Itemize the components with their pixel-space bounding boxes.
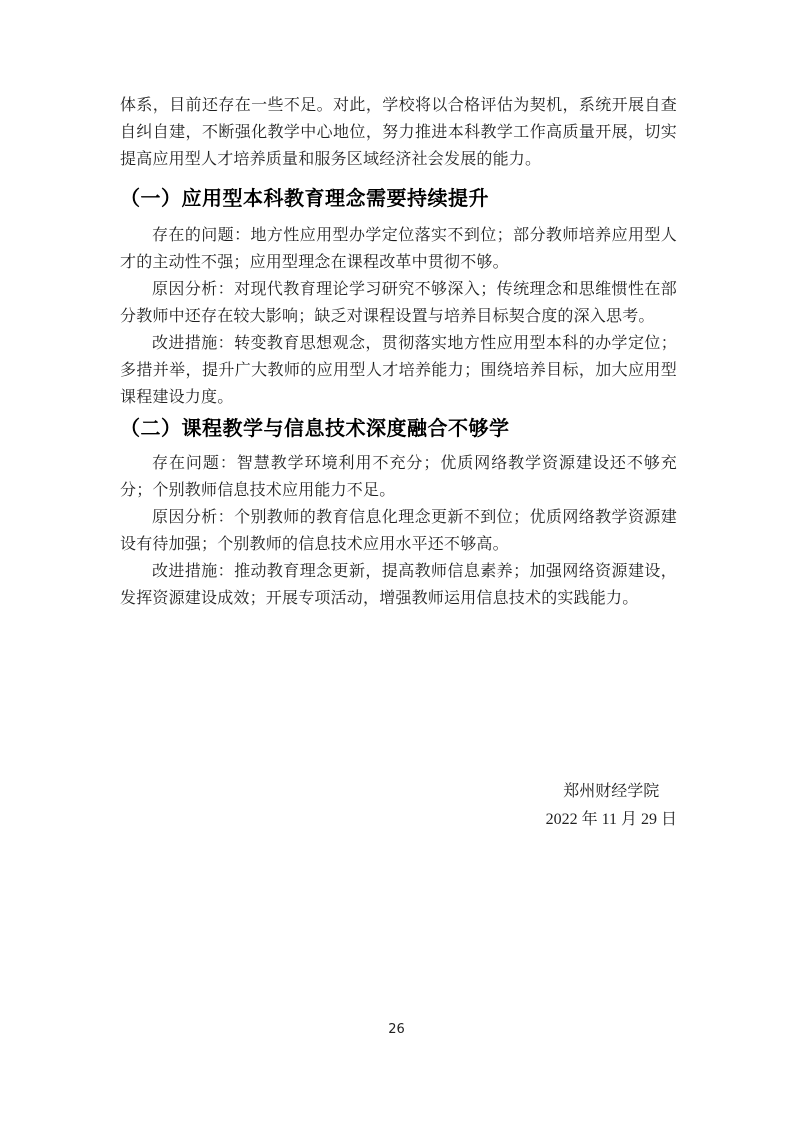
page-content: 体系，目前还存在一些不足。对此，学校将以合格评估为契机，系统开展自查自纠自建，不… xyxy=(120,92,677,834)
section-2-heading: （二）课程教学与信息技术深度融合不够学 xyxy=(120,416,677,443)
section-2-paragraph-measures: 改进措施：推动教育理念更新，提高教师信息素养；加强网络资源建设，发挥资源建设成效… xyxy=(120,558,677,612)
document-page: 体系，目前还存在一些不足。对此，学校将以合格评估为契机，系统开展自查自纠自建，不… xyxy=(0,0,793,1122)
section-2-paragraph-causes: 原因分析：个别教师的教育信息化理念更新不到位；优质网络教学资源建设有待加强；个别… xyxy=(120,504,677,558)
signature-block: 郑州财经学院 2022 年 11 月 29 日 xyxy=(120,778,677,834)
signature-inner: 郑州财经学院 2022 年 11 月 29 日 xyxy=(546,778,677,834)
section-2-paragraph-problems: 存在问题：智慧教学环境利用不充分；优质网络教学资源建设还不够充分；个别教师信息技… xyxy=(120,450,677,504)
section-1-paragraph-causes: 原因分析：对现代教育理论学习研究不够深入；传统理念和思维惯性在部分教师中还存在较… xyxy=(120,276,677,330)
signature-date: 2022 年 11 月 29 日 xyxy=(546,806,677,834)
intro-paragraph: 体系，目前还存在一些不足。对此，学校将以合格评估为契机，系统开展自查自纠自建，不… xyxy=(120,92,677,173)
section-1-heading: （一）应用型本科教育理念需要持续提升 xyxy=(120,186,677,213)
signature-organization: 郑州财经学院 xyxy=(546,778,677,806)
section-1-paragraph-measures: 改进措施：转变教育思想观念，贯彻落实地方性应用型本科的办学定位；多措并举，提升广… xyxy=(120,330,677,411)
page-number: 26 xyxy=(0,1022,793,1037)
section-1-paragraph-problems: 存在的问题：地方性应用型办学定位落实不到位；部分教师培养应用型人才的主动性不强；… xyxy=(120,222,677,276)
